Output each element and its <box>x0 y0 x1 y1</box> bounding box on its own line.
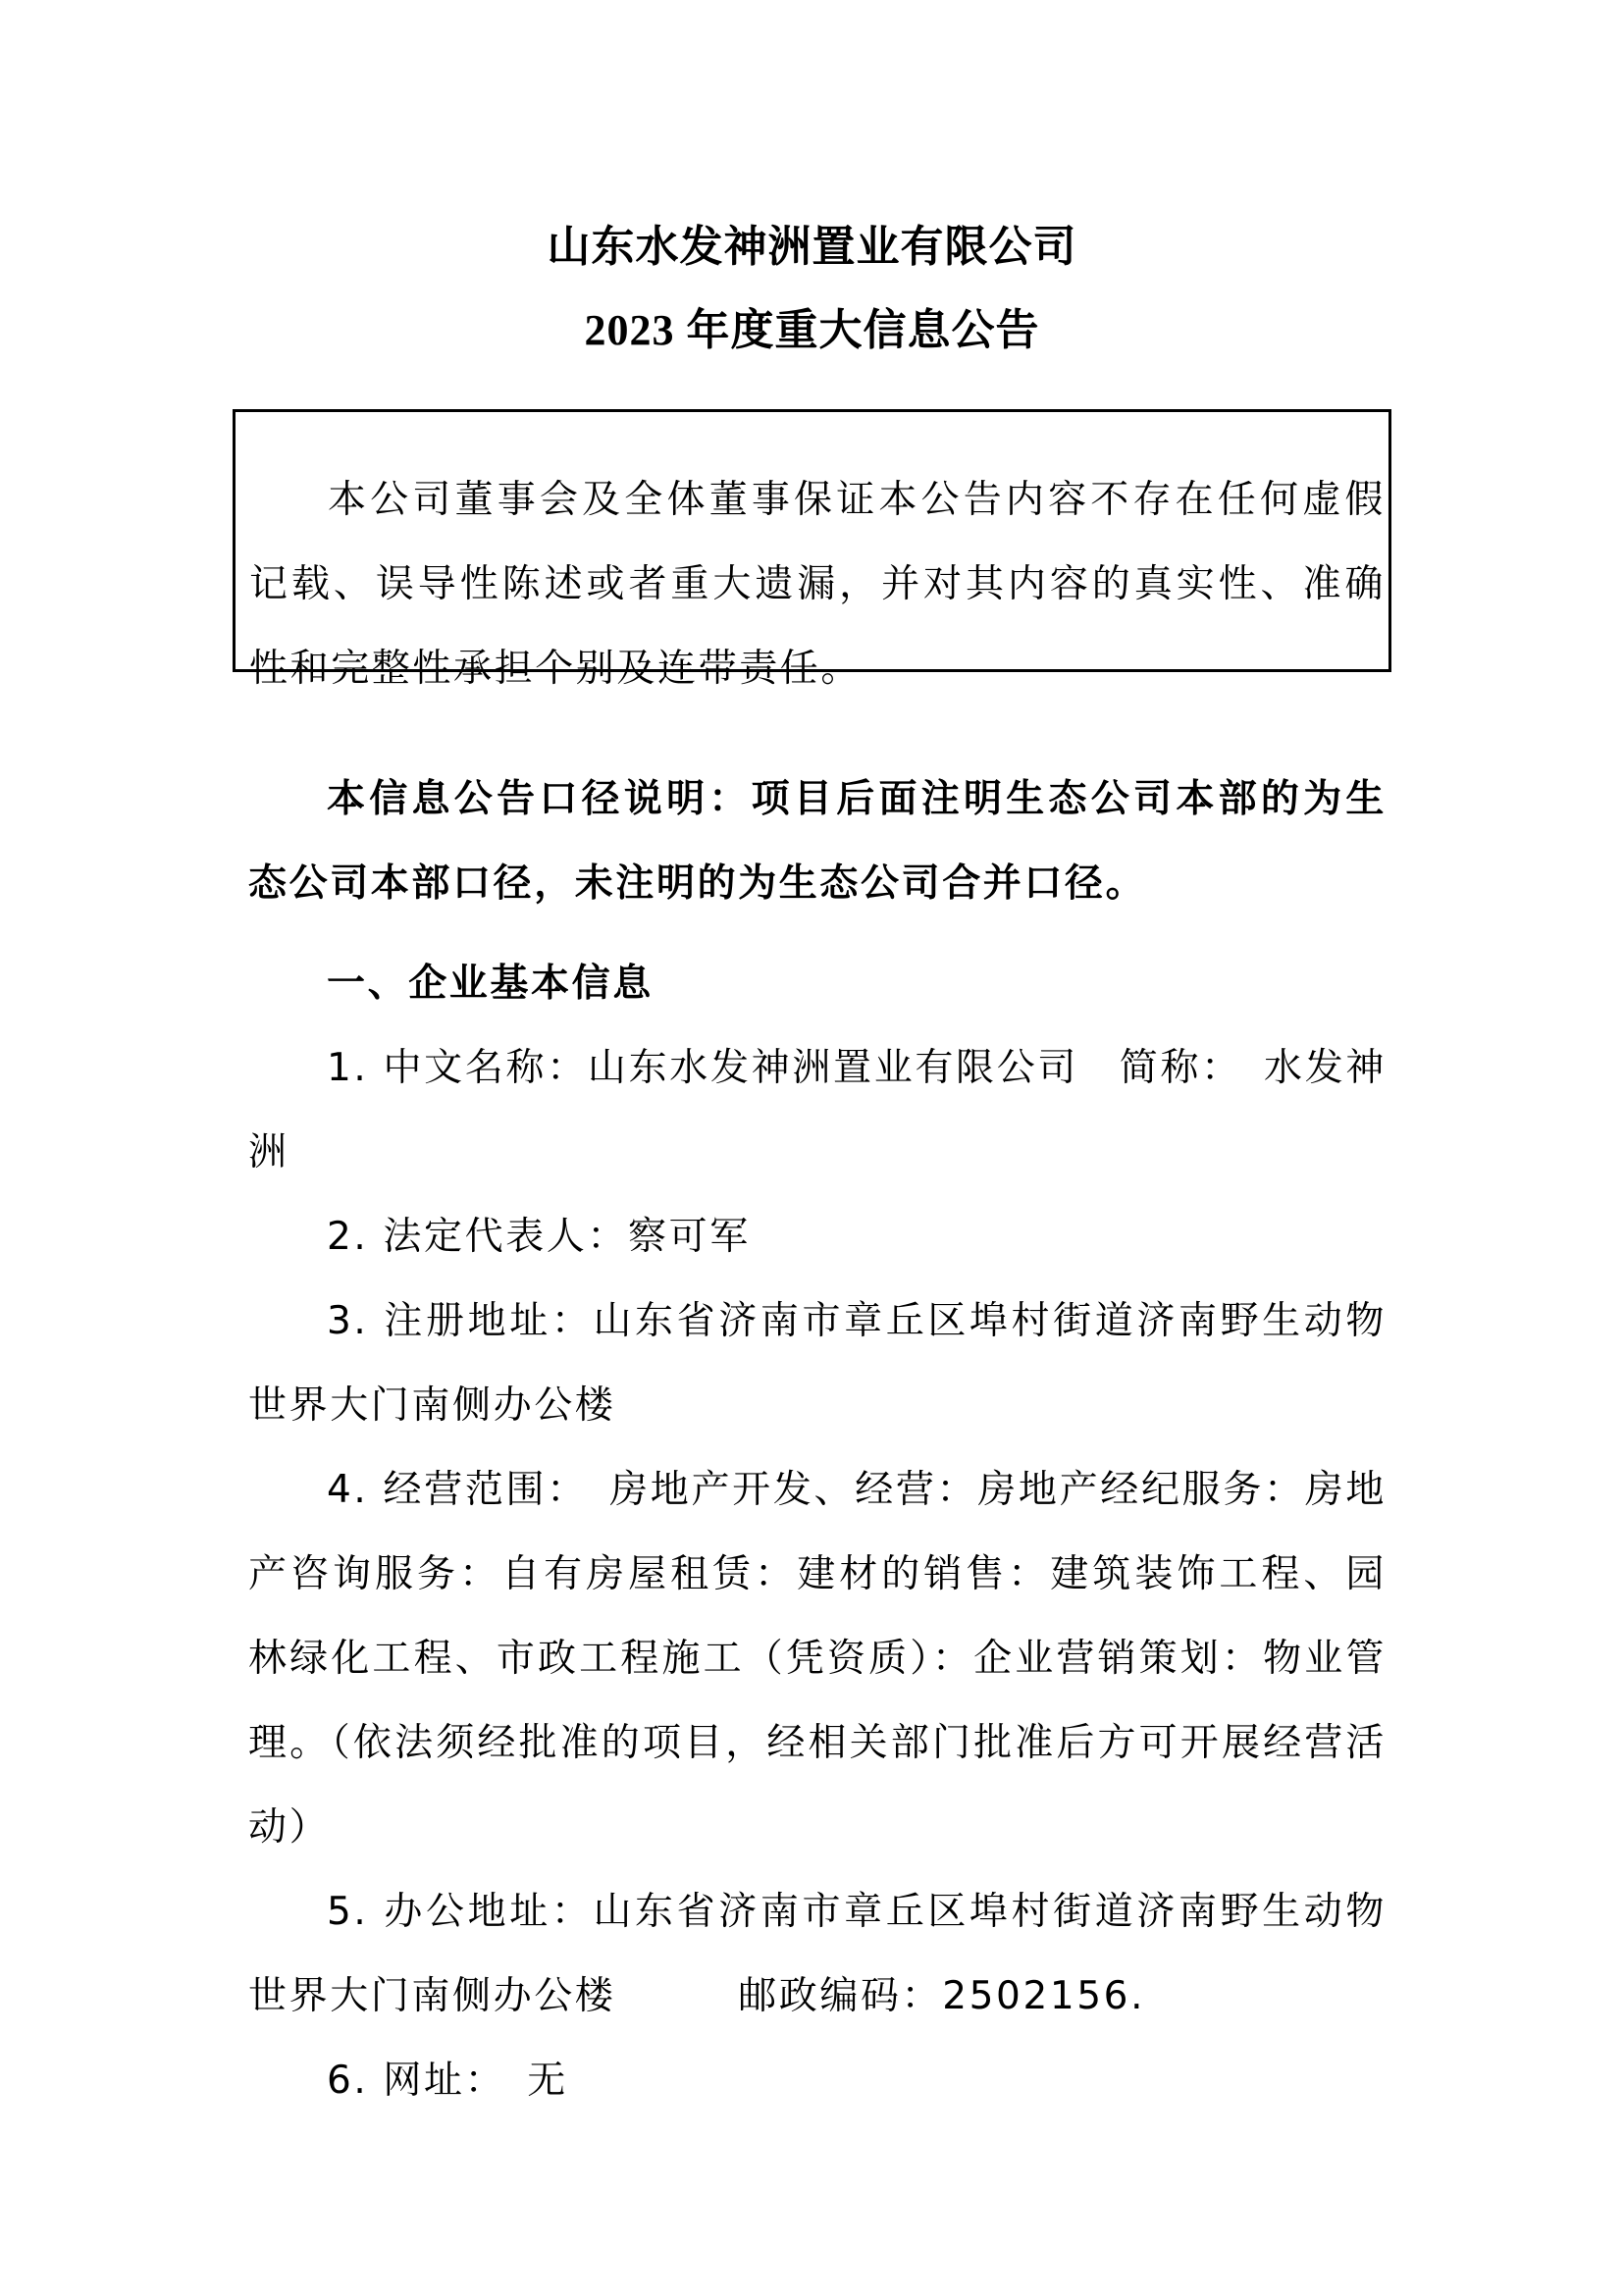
disclaimer-box: 本公司董事会及全体董事保证本公告内容不存在任何虚假记载、误导性陈述或者重大遗漏，… <box>233 409 1391 672</box>
document-title-announcement: 2023 年度重大信息公告 <box>0 301 1624 360</box>
info-item-business-scope: 4. 经营范围： 房地产开发、经营：房地产经纪服务：房地产咨询服务：自有房屋租赁… <box>248 1448 1387 1870</box>
info-item-registered-address: 3. 注册地址：山东省济南市章丘区埠村街道济南野生动物世界大门南侧办公楼 <box>248 1279 1387 1448</box>
caliber-note-block: 本信息公告口径说明：项目后面注明生态公司本部的为生态公司本部口径，未注明的为生态… <box>248 757 1387 926</box>
info-item-legal-representative: 2. 法定代表人：察可军 <box>248 1195 1387 1279</box>
document-title-company: 山东水发神洲置业有限公司 <box>0 218 1624 277</box>
info-item-chinese-name: 1. 中文名称：山东水发神洲置业有限公司 简称： 水发神洲 <box>248 1026 1387 1195</box>
section-basic-info: 一、企业基本信息 1. 中文名称：山东水发神洲置业有限公司 简称： 水发神洲 2… <box>248 942 1387 2123</box>
disclaimer-text: 本公司董事会及全体董事保证本公告内容不存在任何虚假记载、误导性陈述或者重大遗漏，… <box>249 458 1386 711</box>
section-heading: 一、企业基本信息 <box>248 942 1387 1026</box>
caliber-note: 本信息公告口径说明：项目后面注明生态公司本部的为生态公司本部口径，未注明的为生态… <box>248 757 1387 926</box>
info-item-office-address: 5. 办公地址：山东省济南市章丘区埠村街道济南野生动物世界大门南侧办公楼 邮政编… <box>248 1870 1387 2039</box>
document-page: 山东水发神洲置业有限公司 2023 年度重大信息公告 本公司董事会及全体董事保证… <box>0 0 1624 2295</box>
info-item-website: 6. 网址： 无 <box>248 2039 1387 2123</box>
